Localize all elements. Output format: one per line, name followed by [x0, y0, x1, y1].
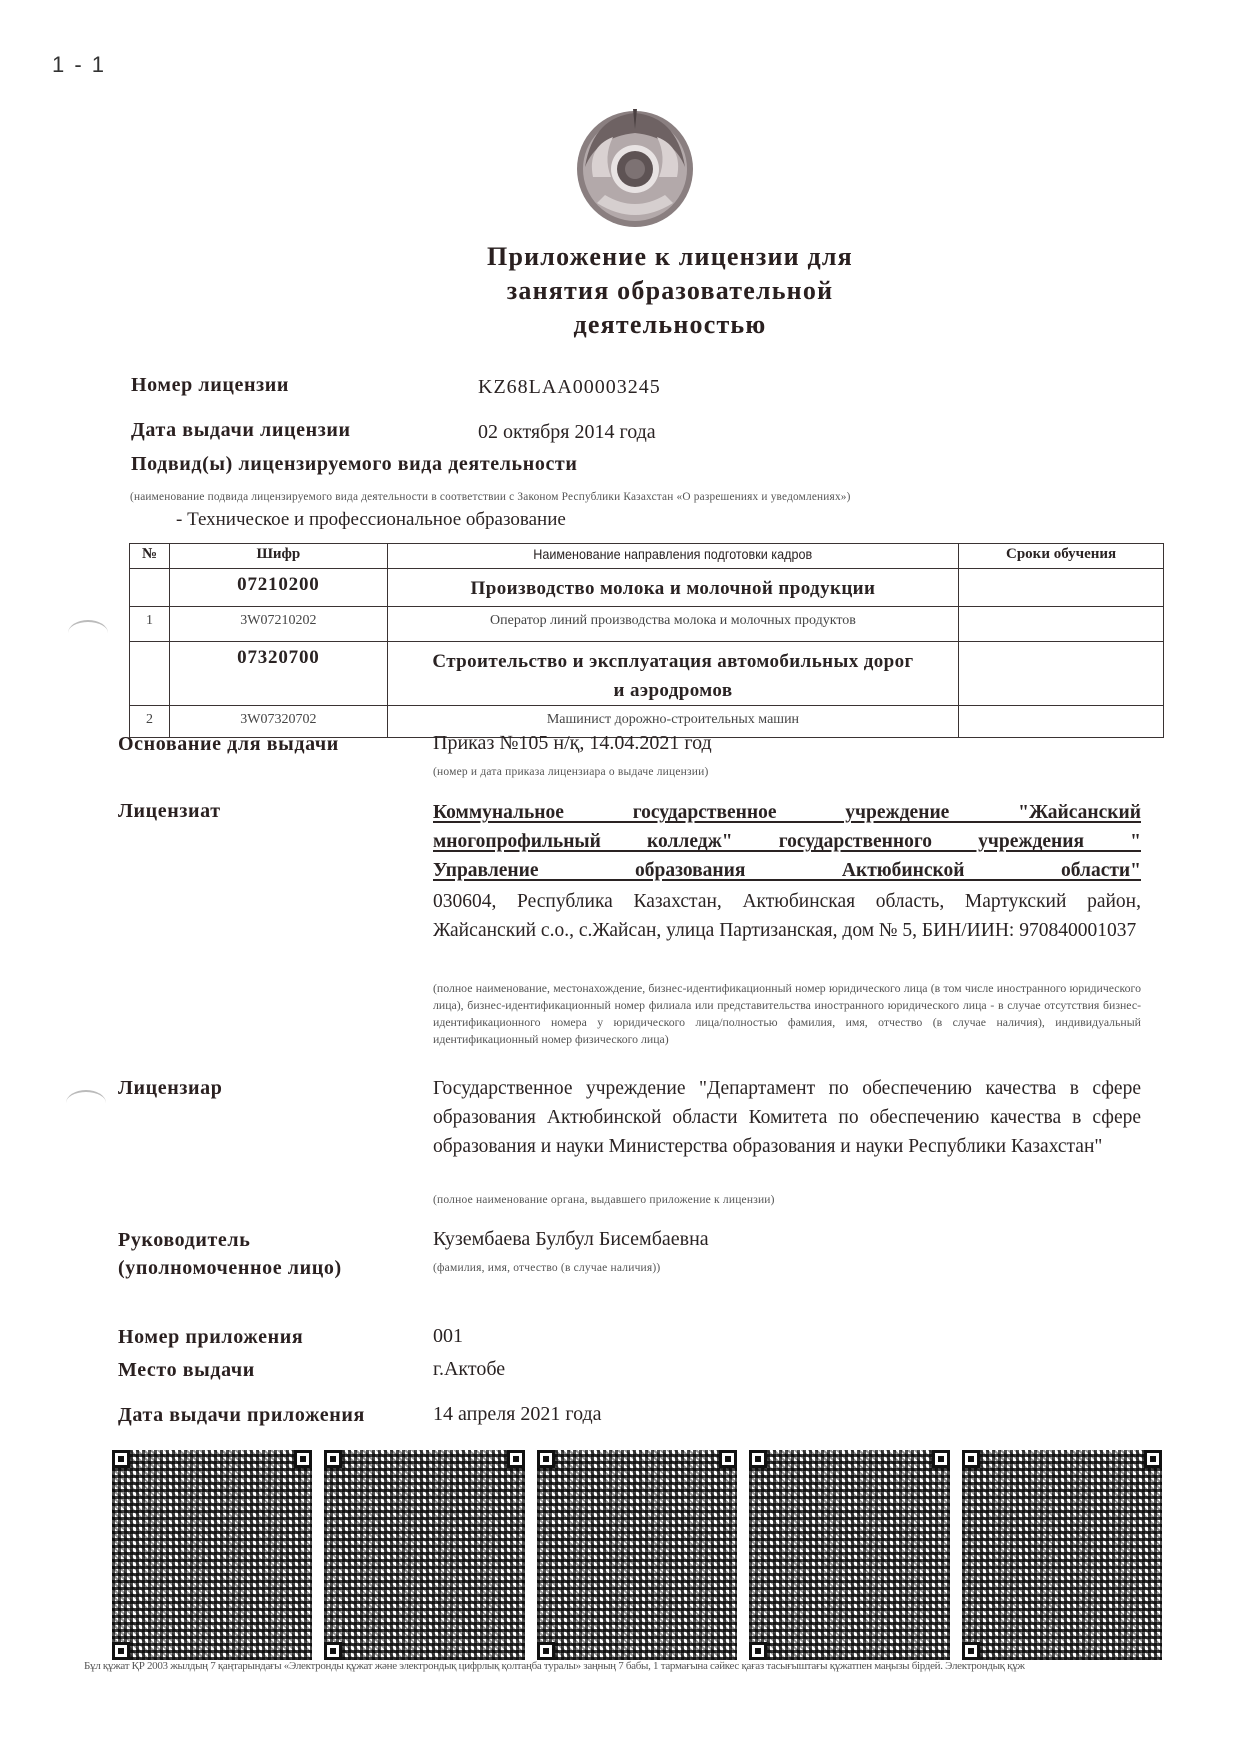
- licensor-label: Лицензиар: [118, 1077, 222, 1100]
- row-study-term: [959, 706, 1164, 738]
- kazakhstan-state-emblem-icon: [573, 107, 697, 231]
- qr-code-icon: [749, 1450, 949, 1660]
- qr-code-icon: [112, 1450, 312, 1660]
- header-number: №: [130, 544, 170, 569]
- row-direction-name: Строительство и эксплуатация автомобильн…: [387, 642, 958, 706]
- title-line-1: Приложение к лицензии для: [380, 240, 960, 274]
- row-code: 3W07210202: [169, 607, 387, 642]
- appendix-place-label: Место выдачи: [118, 1359, 255, 1382]
- head-note: (фамилия, имя, отчество (в случае наличи…: [433, 1262, 660, 1274]
- row-code: 07320700: [169, 642, 387, 706]
- basis-value: Приказ №105 н/қ, 14.04.2021 год: [433, 732, 712, 755]
- row-number: [130, 569, 170, 607]
- licensee-name-line-1: Коммунальное государственное учреждение …: [433, 802, 1141, 823]
- table-row-group: 07320700 Строительство и эксплуатация ав…: [130, 642, 1164, 706]
- header-study-term: Сроки обучения: [959, 544, 1164, 569]
- licensor-note: (полное наименование органа, выдавшего п…: [433, 1194, 775, 1206]
- row-study-term: [959, 607, 1164, 642]
- table-row-group: 07210200 Производство молока и молочной …: [130, 569, 1164, 607]
- row-direction-name: Оператор линий производства молока и мол…: [387, 607, 958, 642]
- header-direction-name: Наименование направления подготовки кадр…: [416, 544, 930, 569]
- title-line-3: деятельностью: [380, 308, 960, 342]
- row-number: 1: [130, 607, 170, 642]
- license-number-label: Номер лицензии: [131, 374, 289, 397]
- appendix-date-value: 14 апреля 2021 года: [433, 1403, 602, 1426]
- qr-code-icon: [324, 1450, 524, 1660]
- direction-name-line-2: и аэродромов: [388, 676, 958, 705]
- table-row-item: 1 3W07210202 Оператор линий производства…: [130, 607, 1164, 642]
- qr-code-icon: [537, 1450, 737, 1660]
- qr-code-strip: [112, 1450, 1162, 1660]
- license-date-label: Дата выдачи лицензии: [131, 419, 351, 442]
- licensor-value: Государственное учреждение "Департамент …: [433, 1074, 1141, 1161]
- licensee-note: (полное наименование, местонахождение, б…: [433, 980, 1141, 1048]
- head-label-line-1: Руководитель: [118, 1229, 250, 1252]
- row-number: [130, 642, 170, 706]
- appendix-place-value: г.Актобе: [433, 1358, 505, 1381]
- license-subtype-value: - Техническое и профессиональное образов…: [176, 509, 566, 531]
- license-number-value: KZ68LAA00003245: [478, 376, 661, 399]
- footer-legal-note: Бұл құжат ҚР 2003 жылдың 7 қаңтарындағы …: [84, 1660, 1234, 1672]
- training-directions-table: № Шифр Наименование направления подготов…: [129, 543, 1164, 738]
- row-study-term: [959, 642, 1164, 706]
- appendix-number-value: 001: [433, 1325, 463, 1348]
- licensee-name: Коммунальное государственное учреждение …: [433, 798, 1141, 885]
- appendix-number-label: Номер приложения: [118, 1326, 303, 1349]
- row-study-term: [959, 569, 1164, 607]
- title-line-2: занятия образовательной: [380, 274, 960, 308]
- header-code: Шифр: [169, 544, 387, 569]
- row-code: 07210200: [169, 569, 387, 607]
- licensee-address: 030604, Республика Казахстан, Актюбинска…: [433, 887, 1141, 945]
- basis-label: Основание для выдачи: [118, 733, 339, 756]
- direction-name-line-1: Строительство и эксплуатация автомобильн…: [388, 647, 958, 676]
- licensee-name-line-2: многопрофильный колледж" государственног…: [433, 831, 1141, 852]
- appendix-date-label: Дата выдачи приложения: [118, 1404, 365, 1427]
- page-marker: 1 - 1: [52, 52, 106, 78]
- head-label-line-2: (уполномоченное лицо): [118, 1257, 342, 1280]
- basis-note: (номер и дата приказа лицензиара о выдач…: [433, 766, 709, 778]
- license-subtype-label: Подвид(ы) лицензируемого вида деятельнос…: [131, 453, 577, 476]
- license-subtype-note: (наименование подвида лицензируемого вид…: [130, 491, 851, 503]
- document-title: Приложение к лицензии для занятия образо…: [380, 240, 960, 342]
- row-direction-name: Производство молока и молочной продукции: [387, 569, 958, 607]
- licensee-name-line-3: Управление образования Актюбинской облас…: [433, 856, 1141, 885]
- punch-hole-mark: [68, 620, 108, 646]
- licensee-label: Лицензиат: [118, 800, 221, 823]
- license-date-value: 02 октября 2014 года: [478, 421, 656, 444]
- punch-hole-mark: [66, 1090, 106, 1116]
- qr-code-icon: [962, 1450, 1162, 1660]
- table-header-row: № Шифр Наименование направления подготов…: [130, 544, 1164, 569]
- head-value: Кузембаева Булбул Бисембаевна: [433, 1228, 709, 1251]
